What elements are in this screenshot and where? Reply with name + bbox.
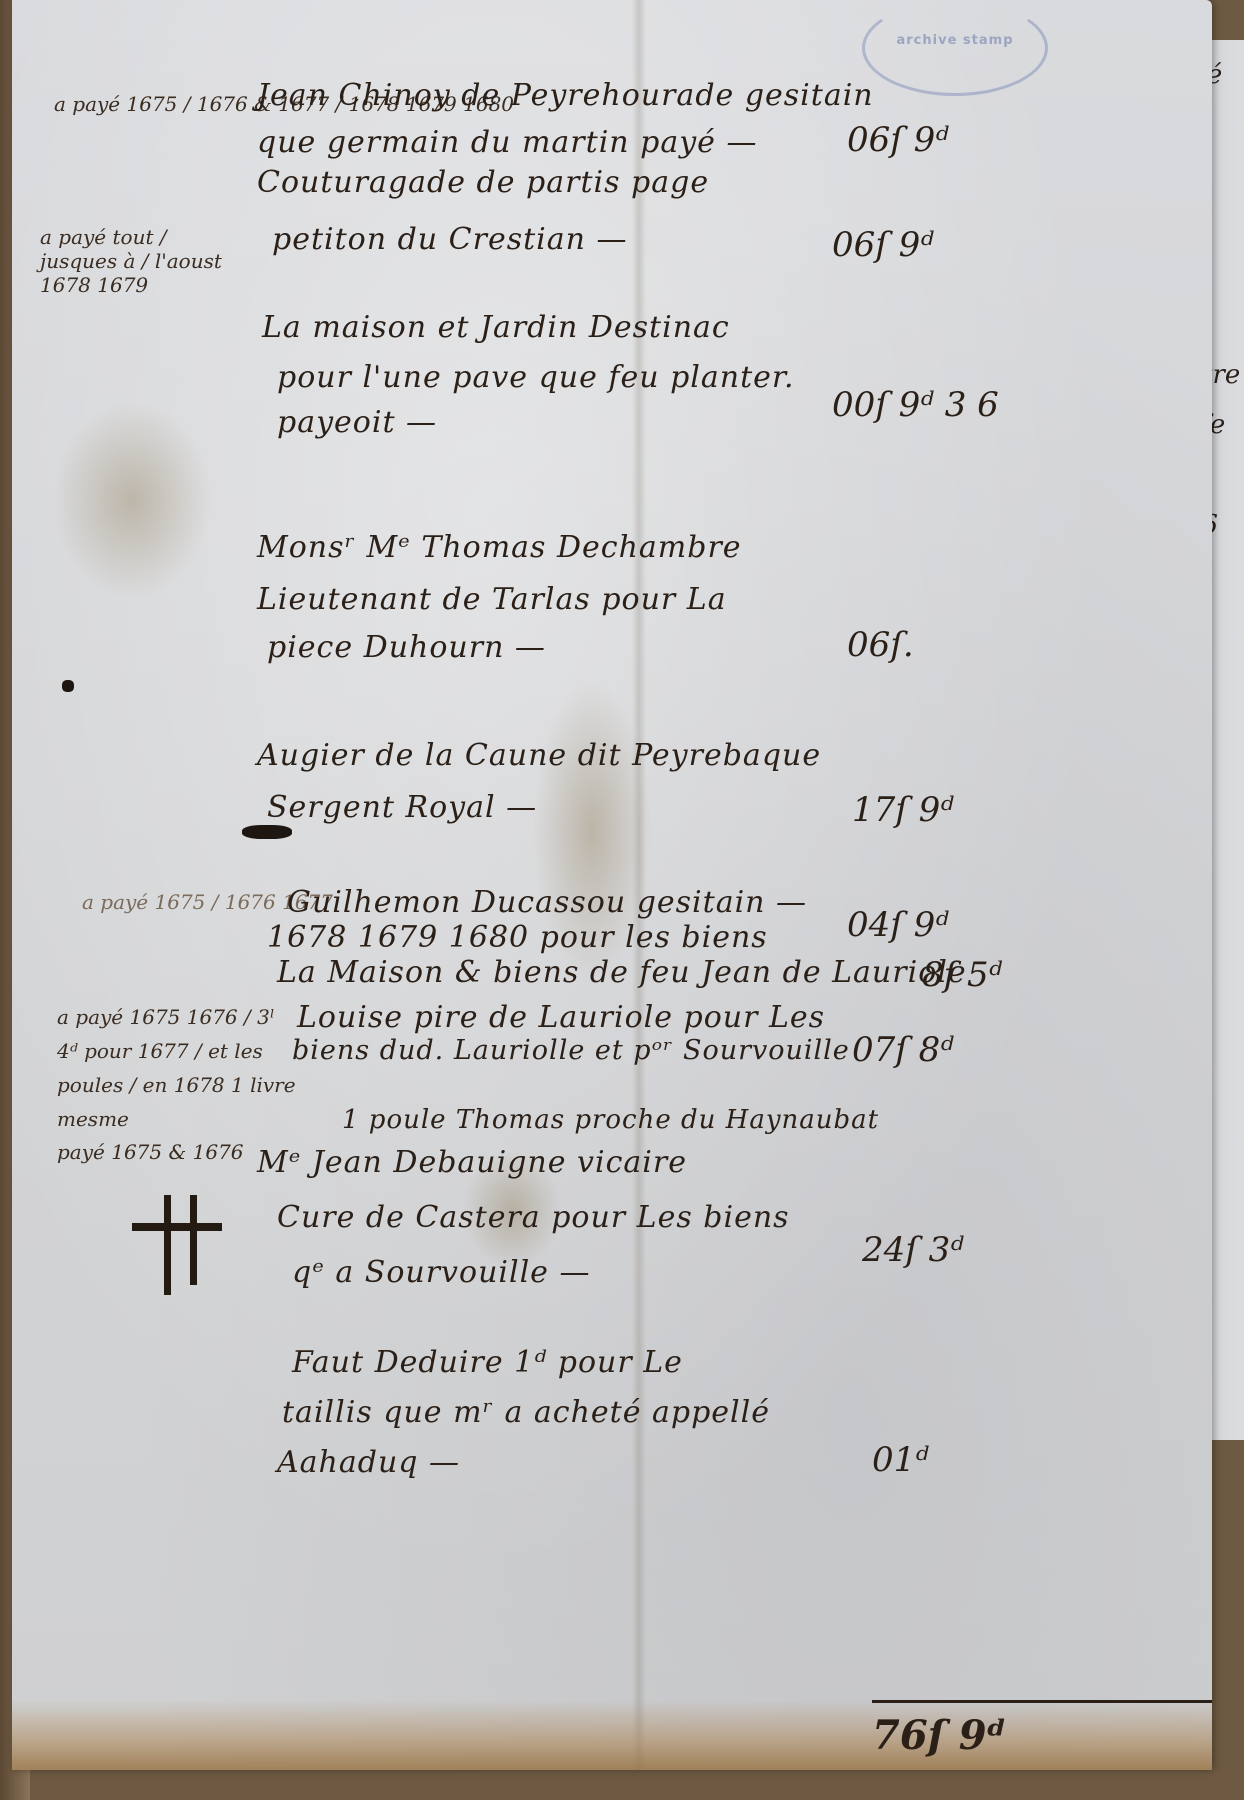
entry-line: Aahaduq — <box>277 1445 460 1480</box>
entry-line: Faut Deduire 1ᵈ pour Le <box>292 1345 683 1380</box>
entry-amount: 01ᵈ <box>872 1440 929 1480</box>
entry-amount: 00ſ 9ᵈ 3 6 <box>832 385 999 425</box>
ink-blot <box>62 680 74 692</box>
entry-line: Jean Chinoy de Peyrehourade gesitain <box>257 78 874 113</box>
archive-stamp: archive stamp <box>862 0 1048 96</box>
entry-line: Couturagade de partis page <box>257 165 709 200</box>
entry-amount: 06ſ 9ᵈ <box>832 225 934 265</box>
bottom-stain <box>12 1700 1212 1770</box>
entry-line: qᵉ a Sourvouille — <box>292 1255 590 1290</box>
entry-amount: 8ſ 5ᵈ <box>922 955 1002 995</box>
entry-line: Augier de la Caune dit Peyrebaque <box>257 738 821 773</box>
entry-line: La maison et Jardin Destinac <box>262 310 730 345</box>
entry-amount: 06ſ. <box>847 625 914 665</box>
entry-line: Cure de Castera pour Les biens <box>277 1200 790 1235</box>
entry-line: petiton du Crestian — <box>272 222 627 257</box>
entry-amount: 06ſ 9ᵈ <box>847 120 949 160</box>
entry-line: pour l'une pave que feu planter. <box>277 360 795 395</box>
entry-line: La Maison & biens de feu Jean de Lauriol… <box>277 955 967 990</box>
entry-line: Lieutenant de Tarlas pour La <box>257 582 727 617</box>
water-stain <box>52 400 212 600</box>
manuscript-page: archive stamp a payé 1675 / 1676 & 1677 … <box>12 0 1212 1770</box>
cross-mark <box>132 1195 222 1295</box>
entry-amount: 07ſ 8ᵈ <box>852 1030 954 1070</box>
margin-note: a payé tout / jusques à / l'aoust 1678 1… <box>40 225 240 297</box>
entry-line: Louise pire de Lauriole pour Les <box>297 1000 825 1035</box>
total-amount: 76ſ 9ᵈ <box>872 1712 1007 1759</box>
entry-amount: 04ſ 9ᵈ <box>847 905 949 945</box>
entry-line: que germain du martin payé — <box>257 125 757 160</box>
entry-amount: 24ſ 3ᵈ <box>862 1230 964 1270</box>
entry-line: 1 poule Thomas proche du Haynaubat <box>342 1105 879 1135</box>
entry-line: Guilhemon Ducassou gesitain — <box>287 885 807 920</box>
entry-line: piece Duhourn — <box>267 630 546 665</box>
entry-line: Monsʳ Mᵉ Thomas Dechambre <box>257 530 742 565</box>
entry-line: taillis que mʳ a acheté appellé <box>282 1395 770 1430</box>
entry-line: Sergent Royal — <box>267 790 537 825</box>
total-rule <box>872 1700 1212 1703</box>
entry-amount: 17ſ 9ᵈ <box>852 790 954 830</box>
margin-note: payé 1675 & 1676 <box>57 1140 244 1164</box>
ink-blot <box>242 825 292 839</box>
entry-line: 1678 1679 1680 pour les biens <box>267 920 768 955</box>
entry-line: payeoit — <box>277 405 437 440</box>
entry-line: biens dud. Lauriolle et pᵒʳ Sourvouille <box>292 1035 850 1066</box>
entry-line: Mᵉ Jean Debauigne vicaire <box>257 1145 687 1180</box>
margin-note: a payé 1675 1676 / 3ˡ 4ᵈ pour 1677 / et … <box>57 1000 297 1136</box>
